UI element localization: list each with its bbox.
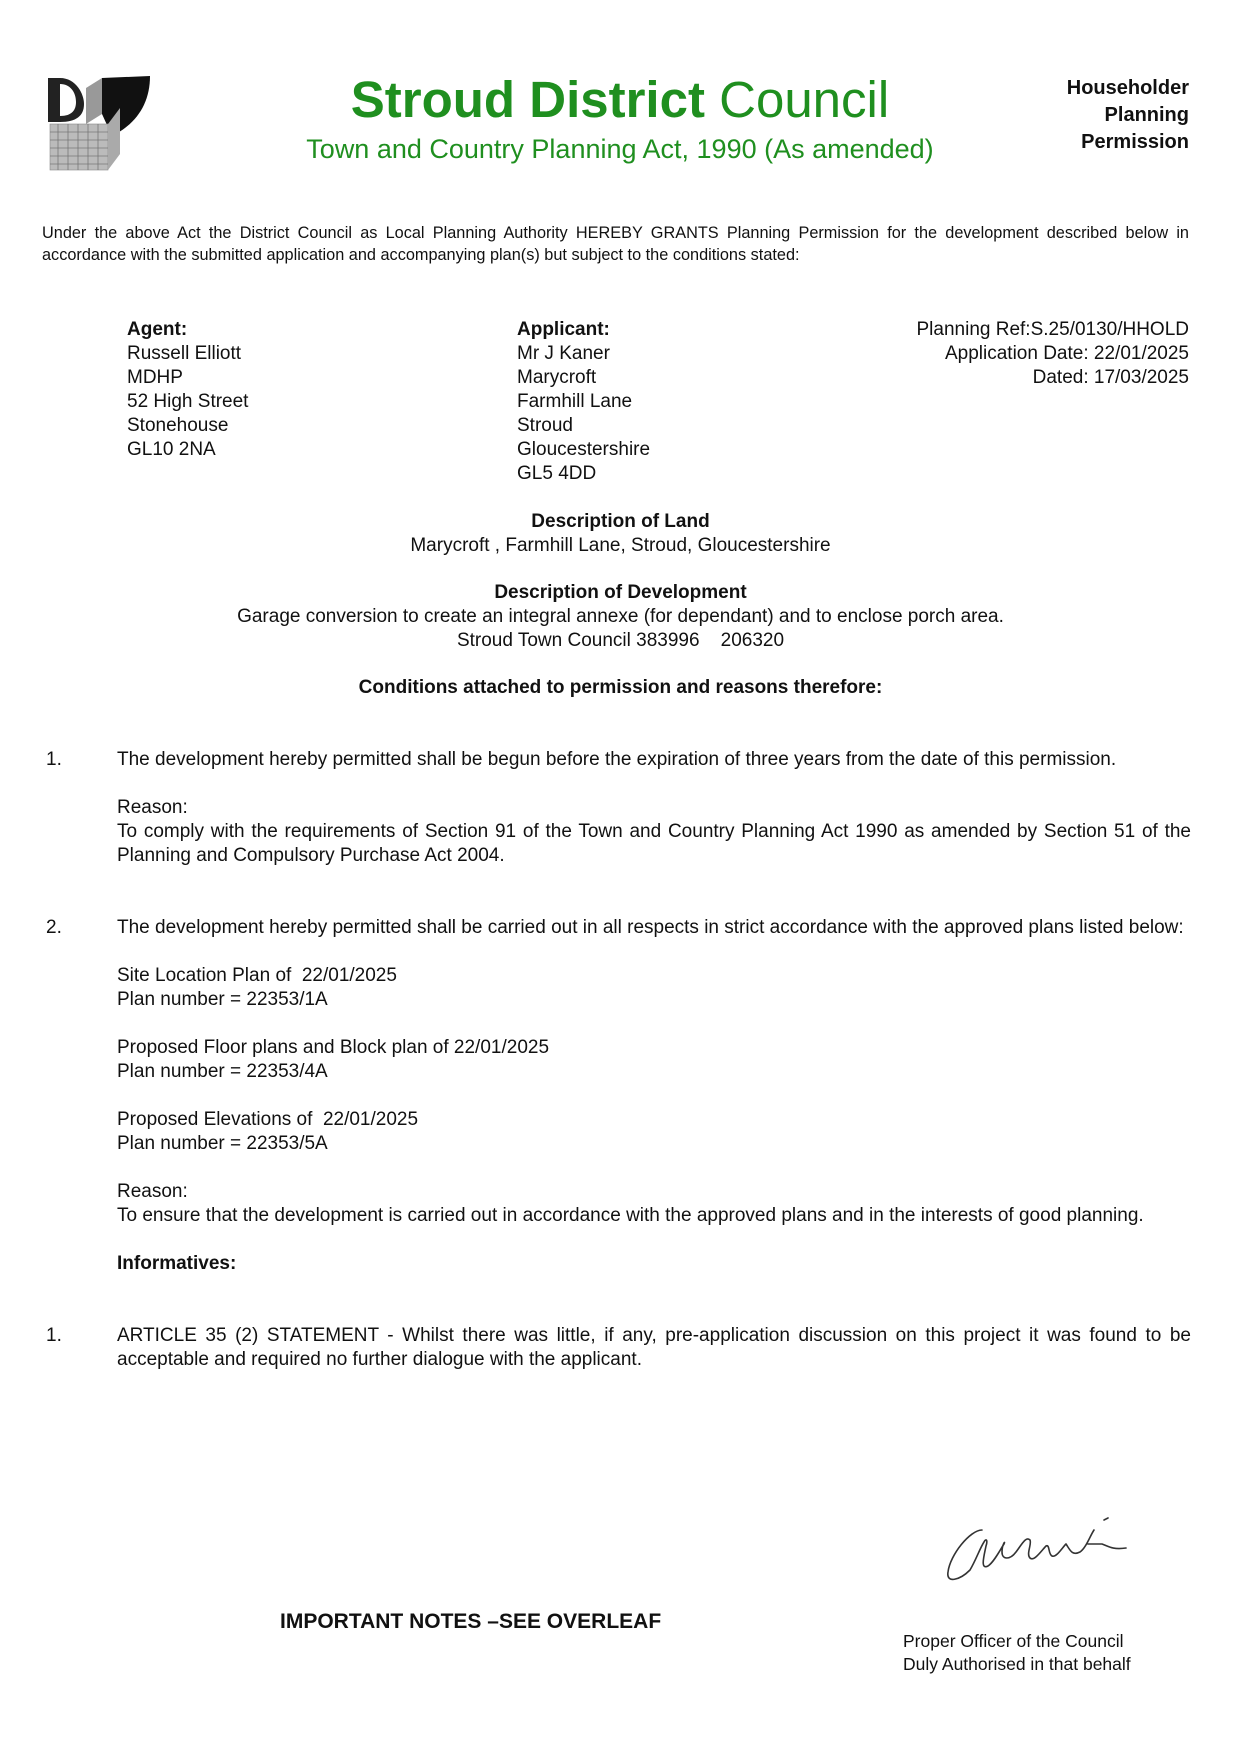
applicant-line: Mr J Kaner [517,342,650,366]
applicant-line: Stroud [517,414,650,438]
plan-number: Plan number = 22353/5A [117,1133,328,1154]
informative-text: ARTICLE 35 (2) STATEMENT - Whilst there … [117,1324,1191,1372]
plan-title: Proposed Elevations of 22/01/2025 [117,1109,418,1130]
condition-text: The development hereby permitted shall b… [117,916,1191,940]
development-description: Garage conversion to create an integral … [0,605,1241,629]
planning-ref: Planning Ref:S.25/0130/HHOLD [917,318,1190,342]
document-type-line: Permission [1067,129,1189,156]
council-name-bold: Stroud District [351,71,705,128]
applicant-line: GL5 4DD [517,462,650,486]
signatory-line: Proper Officer of the Council [903,1630,1131,1653]
plan-title: Site Location Plan of 22/01/2025 [117,965,397,986]
approved-plan: Proposed Floor plans and Block plan of 2… [117,1036,1191,1084]
reason-label: Reason: [117,796,1191,820]
council-name-regular: Council [719,71,889,128]
plan-number: Plan number = 22353/1A [117,989,328,1010]
land-description: Marycroft , Farmhill Lane, Stroud, Glouc… [0,534,1241,558]
reason-text: To comply with the requirements of Secti… [117,820,1191,868]
agent-line: MDHP [127,366,248,390]
grant-statement: Under the above Act the District Council… [42,222,1189,266]
council-logo-icon [46,74,152,174]
document-type: Householder Planning Permission [1067,75,1189,156]
council-name: Stroud District Council [300,72,940,128]
development-section: Description of Development Garage conver… [0,581,1241,653]
plan-number: Plan number = 22353/4A [117,1061,328,1082]
plan-title: Proposed Floor plans and Block plan of 2… [117,1037,549,1058]
development-heading: Description of Development [494,582,746,603]
applicant-line: Gloucestershire [517,438,650,462]
reason-text: To ensure that the development is carrie… [117,1204,1191,1228]
important-notes: IMPORTANT NOTES –SEE OVERLEAF [280,1610,661,1634]
act-title: Town and Country Planning Act, 1990 (As … [300,132,940,167]
land-section: Description of Land Marycroft , Farmhill… [0,510,1241,558]
conditions-heading: Conditions attached to permission and re… [359,677,883,698]
condition-number: 1. [46,748,62,772]
conditions-heading-wrap: Conditions attached to permission and re… [0,676,1241,700]
informative-number: 1. [46,1324,62,1348]
condition-number: 2. [46,916,62,940]
agent-line: 52 High Street [127,390,248,414]
applicant-block: Applicant: Mr J Kaner Marycroft Farmhill… [517,318,650,486]
approved-plan: Site Location Plan of 22/01/2025 Plan nu… [117,964,1191,1012]
applicant-label: Applicant: [517,318,650,342]
approved-plan: Proposed Elevations of 22/01/2025 Plan n… [117,1108,1191,1156]
agent-block: Agent: Russell Elliott MDHP 52 High Stre… [127,318,248,462]
applicant-line: Marycroft [517,366,650,390]
dated: Dated: 17/03/2025 [917,366,1190,390]
reference-block: Planning Ref:S.25/0130/HHOLD Application… [917,318,1190,390]
agent-label: Agent: [127,318,248,342]
reason-label: Reason: [117,1180,1191,1204]
signatory-block: Proper Officer of the Council Duly Autho… [903,1630,1131,1676]
land-heading: Description of Land [531,511,709,532]
condition-1: 1. The development hereby permitted shal… [46,748,1191,892]
signatory-line: Duly Authorised in that behalf [903,1653,1131,1676]
document-type-line: Planning [1067,102,1189,129]
parish-line: Stroud Town Council 383996 206320 [0,629,1241,653]
agent-line: Stonehouse [127,414,248,438]
agent-line: Russell Elliott [127,342,248,366]
council-logo [46,74,152,174]
document-type-line: Householder [1067,75,1189,102]
application-date: Application Date: 22/01/2025 [917,342,1190,366]
agent-line: GL10 2NA [127,438,248,462]
letterhead: Stroud District Council Town and Country… [300,72,940,167]
condition-text: The development hereby permitted shall b… [117,748,1191,772]
condition-2: 2. The development hereby permitted shal… [46,916,1191,1300]
signature-icon [930,1500,1170,1590]
signature [930,1500,1170,1590]
informatives-heading: Informatives: [117,1252,1191,1276]
informative-1: 1. ARTICLE 35 (2) STATEMENT - Whilst the… [46,1324,1191,1396]
applicant-line: Farmhill Lane [517,390,650,414]
